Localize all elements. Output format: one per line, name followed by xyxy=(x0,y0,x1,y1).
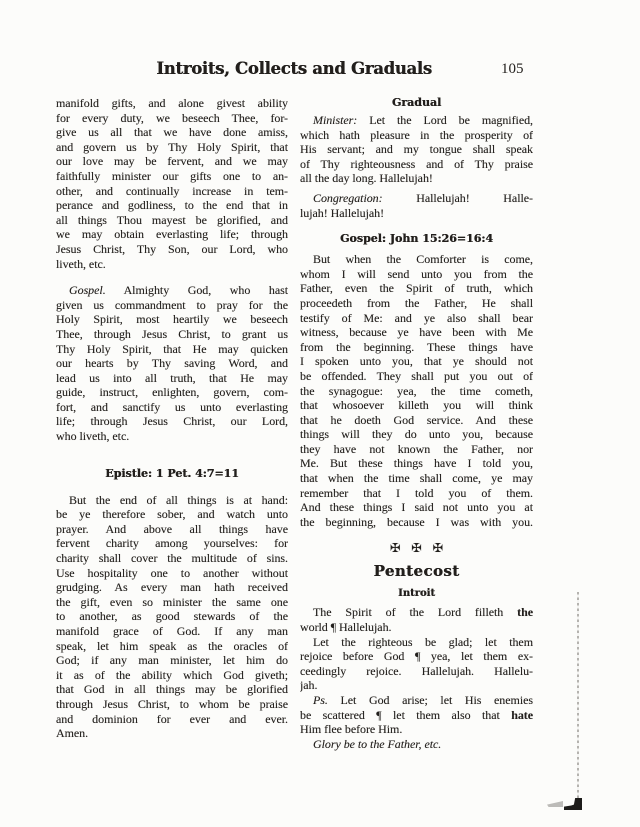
text-line: through Jesus Christ, to whom be praise xyxy=(56,697,288,712)
text-line: speak, let him speak as the oracles of xyxy=(56,639,288,654)
gospel-collect-paragraph: Gospel. Almighty God, who hastgiven us c… xyxy=(56,283,288,444)
text-line: charity shall cover the multitude of sin… xyxy=(56,551,288,566)
text-line: grudging. As every man hath received xyxy=(56,580,288,595)
text-line: Father, even the Spirit of truth, which xyxy=(300,281,533,296)
text-line: Ps. Let God arise; let His enemies xyxy=(300,693,533,708)
text-line: which hath pleasure in the prosperity of xyxy=(300,128,533,143)
text-line: of Thy righteousness and of Thy praise xyxy=(300,157,533,172)
text-line: But the end of all things is at hand: xyxy=(56,493,288,508)
text-line: that he doeth God service. And these xyxy=(300,413,533,428)
text-line: to another, as good stewards of the xyxy=(56,609,288,624)
text-line: fervent charity among yourselves: for xyxy=(56,536,288,551)
text-line: Congregation: Hallelujah! Halle- xyxy=(300,191,533,206)
text-line: all the day long. Hallelujah! xyxy=(300,171,533,186)
text-line: all things Thou mayest be glorified, and xyxy=(56,213,288,228)
text-line: that God in all things may be glorified xyxy=(56,682,288,697)
text-line: Let the righteous be glad; let them xyxy=(300,635,533,650)
text-line: testify of Me: and ye also shall bear xyxy=(300,311,533,326)
scan-corner-artifact xyxy=(564,798,582,810)
text-line: prayer. And above all things have xyxy=(56,522,288,537)
text-line: given us commandment to pray for the xyxy=(56,298,288,313)
text-line: the synagogue: yea, the time cometh, xyxy=(300,384,533,399)
congregation-response-paragraph: Congregation: Hallelujah! Halle-lujah! H… xyxy=(300,191,533,220)
text-line: Thee, through Jesus Christ, to grant us xyxy=(56,327,288,342)
text-line: Amen. xyxy=(56,726,288,741)
epistle-text-paragraph: But the end of all things is at hand:be … xyxy=(56,493,288,741)
text-line: liveth, etc. xyxy=(56,257,288,272)
introit-psalm-paragraph: Ps. Let God arise; let His enemiesbe sca… xyxy=(300,693,533,737)
text-line: manifold gifts, and alone givest ability xyxy=(56,96,288,111)
text-line: rejoice before God ¶ yea, let them ex- xyxy=(300,649,533,664)
text-line: His servant; and my tongue shall speak xyxy=(300,142,533,157)
text-line: give us all that we have done amiss, xyxy=(56,125,288,140)
text-line: lujah! Hallelujah! xyxy=(300,206,533,221)
text-line: Him flee before Him. xyxy=(300,722,533,737)
text-line: fort, and sanctify us unto everlasting xyxy=(56,400,288,415)
text-line: for every duty, we beseech Thee, for- xyxy=(56,111,288,126)
text-line: proceedeth from the Father, He shall xyxy=(300,296,533,311)
gospel-heading: Gospel: John 15:26=16:4 xyxy=(300,232,533,245)
page-title: Introits, Collects and Graduals xyxy=(0,60,588,78)
page-number: 105 xyxy=(501,61,537,78)
text-line: perance and godliness, to the end that i… xyxy=(56,198,288,213)
text-line: manifold grace of God. If any man xyxy=(56,624,288,639)
text-line: be offended. They shall put you out of xyxy=(300,369,533,384)
collect-continued-paragraph: manifold gifts, and alone givest ability… xyxy=(56,96,288,271)
text-line: Gospel. Almighty God, who hast xyxy=(56,283,288,298)
scan-smudge-artifact xyxy=(547,801,563,807)
text-line: But when the Comforter is come, xyxy=(300,252,533,267)
text-line: guide, instruct, enlighten, govern, com- xyxy=(56,385,288,400)
text-line: The Spirit of the Lord filleth the xyxy=(300,605,533,620)
text-line: from the beginning. These things have xyxy=(300,340,533,355)
text-line: And these things I said not unto you at xyxy=(300,500,533,515)
text-line: who liveth, etc. xyxy=(56,429,288,444)
text-line: be scattered ¶ let them also that hate xyxy=(300,708,533,723)
text-line: Glory be to the Father, etc. xyxy=(300,737,533,752)
text-line: our love may be fervent, and we may xyxy=(56,154,288,169)
text-line: be ye therefore sober, and watch unto xyxy=(56,507,288,522)
text-line: our hearts by Thy saving Word, and xyxy=(56,356,288,371)
text-line: world ¶ Hallelujah. xyxy=(300,620,533,635)
text-line: other, and continually increase in tem- xyxy=(56,184,288,199)
right-column: GradualMinister: Let the Lord be magnifi… xyxy=(300,96,533,751)
text-line: and govern us by Thy Holy Spirit, that xyxy=(56,140,288,155)
text-line: Use hospitality one to another without xyxy=(56,566,288,581)
gospel-text-paragraph: But when the Comforter is come,whom I wi… xyxy=(300,252,533,529)
gradual-heading: Gradual xyxy=(300,96,533,109)
scan-crease-line xyxy=(577,592,579,800)
text-line: Me. But these things have I told you, xyxy=(300,456,533,471)
introit-heading: Introit xyxy=(300,588,533,599)
text-line: life; through Jesus Christ, our Lord, xyxy=(56,414,288,429)
triple-cross-ornament: ✠ ✠ ✠ xyxy=(300,540,533,555)
text-line: that when the time shall come, ye may xyxy=(300,471,533,486)
text-line: Thy Holy Spirit, that He may quicken xyxy=(56,342,288,357)
book-page: Introits, Collects and Graduals 105 mani… xyxy=(0,0,640,827)
text-line: lead us into all truth, that He may xyxy=(56,371,288,386)
left-column: manifold gifts, and alone givest ability… xyxy=(56,96,288,741)
text-line: jah. xyxy=(300,678,533,693)
introit-verse-paragraph: Let the righteous be glad; let themrejoi… xyxy=(300,635,533,693)
text-line: the beginning, because I was with you. xyxy=(300,515,533,530)
text-line: they have not known the Father, nor xyxy=(300,442,533,457)
text-line: we may obtain everlasting life; through xyxy=(56,227,288,242)
text-line: Jesus Christ, Thy Son, our Lord, who xyxy=(56,242,288,257)
text-line: and dominion for ever and ever. xyxy=(56,712,288,727)
text-line: faithfully minister our gifts one to an- xyxy=(56,169,288,184)
text-line: Minister: Let the Lord be magnified, xyxy=(300,113,533,128)
epistle-heading: Epistle: 1 Pet. 4:7=11 xyxy=(56,467,288,480)
pentecost-heading: Pentecost xyxy=(300,561,533,581)
text-line: witness, because ye have been with Me xyxy=(300,325,533,340)
text-line: the gift, even so minister the same one xyxy=(56,595,288,610)
text-line: Holy Spirit, most heartily we beseech xyxy=(56,312,288,327)
text-line: that whosoever killeth you will think xyxy=(300,398,533,413)
text-line: it as of the ability which God giveth; xyxy=(56,668,288,683)
minister-versicle-paragraph: Minister: Let the Lord be magnified,whic… xyxy=(300,113,533,186)
introit-antiphon-paragraph: The Spirit of the Lord filleth theworld … xyxy=(300,605,533,634)
text-line: whom I will send unto you from the xyxy=(300,267,533,282)
text-line: remember that I told you of them. xyxy=(300,486,533,501)
text-line: things will they do unto you, because xyxy=(300,427,533,442)
gloria-patri-line: Glory be to the Father, etc. xyxy=(300,737,533,752)
text-line: God; if any man minister, let him do xyxy=(56,653,288,668)
text-line: ceedingly rejoice. Hallelujah. Hallelu- xyxy=(300,664,533,679)
text-line: I spoken unto you, that ye should not xyxy=(300,354,533,369)
